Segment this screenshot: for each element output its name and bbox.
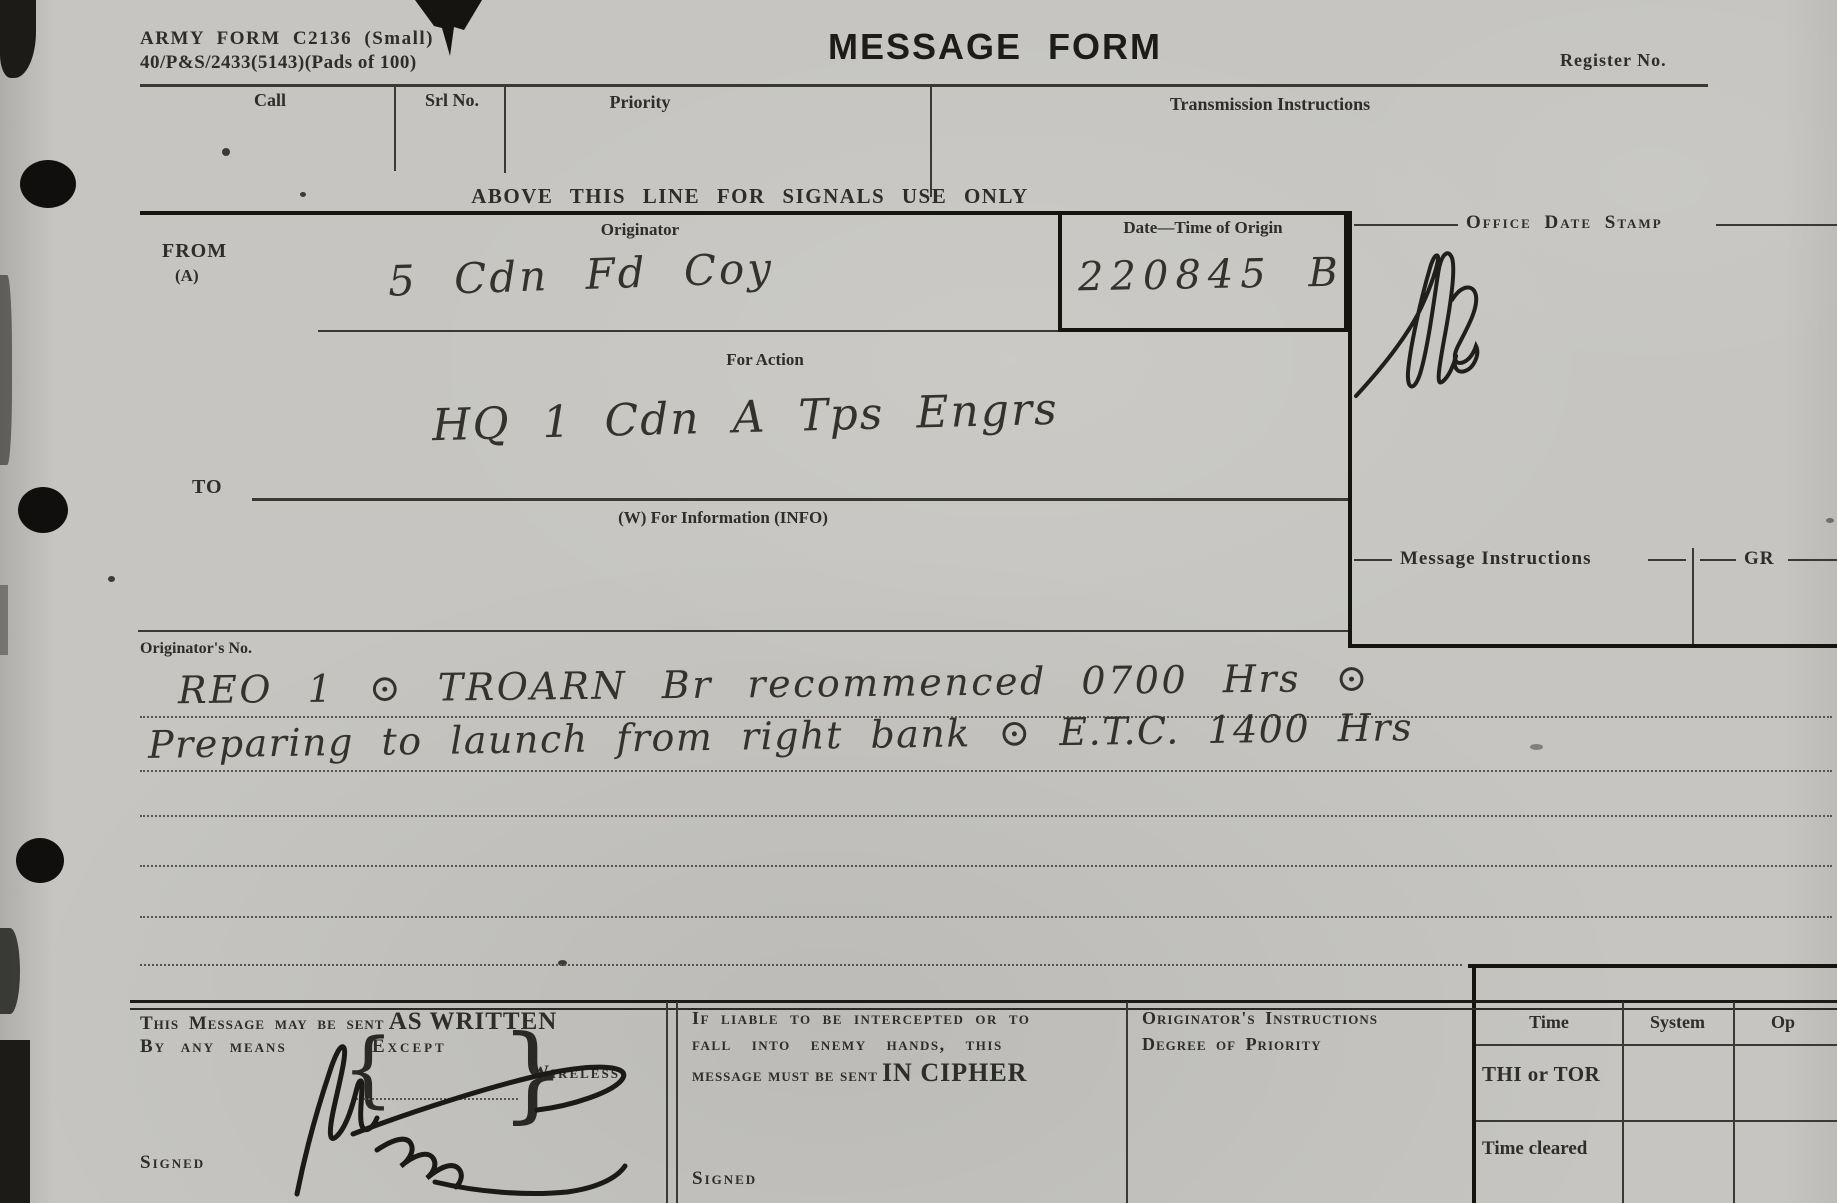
from-sub-label: (A) — [175, 266, 199, 286]
originators-instructions-line2: Degree of Priority — [1142, 1034, 1322, 1055]
scan-edge-bottom-left — [0, 1040, 30, 1203]
message-rule-6 — [140, 964, 1462, 966]
office-date-stamp-label: Office Date Stamp — [1466, 212, 1663, 234]
message-line2-handwriting: Preparing to launch from right bank ⊙ E.… — [148, 705, 1414, 767]
scan-edge-top-left — [0, 0, 36, 78]
srl-divider — [504, 85, 506, 173]
for-action-label: For Action — [565, 350, 965, 370]
originator-value-handwriting: 5 Cdn Fd Coy — [387, 243, 775, 305]
stamp-dash-left — [1354, 224, 1458, 226]
cipher-line2: fall into enemy hands, this — [692, 1034, 1003, 1055]
panel-divider-b — [1126, 1002, 1128, 1203]
originator-rule — [318, 330, 1060, 332]
transmission-instructions-label: Transmission Instructions — [1090, 94, 1450, 115]
message-form-page: ARMY FORM C2136 (Small) 40/P&S/2433(5143… — [0, 0, 1837, 1203]
cipher-line3: message must be sent IN CIPHER — [692, 1058, 1027, 1088]
punch-hole-bottom — [16, 838, 64, 883]
gr-dash-left — [1700, 559, 1736, 561]
table-header-rule — [1476, 1044, 1837, 1046]
signed-label-left: Signed — [140, 1152, 205, 1174]
to-rule — [252, 498, 1348, 501]
message-rule-2 — [140, 770, 1832, 772]
sender-signature — [235, 1022, 685, 1202]
msg-instr-dash-left — [1354, 559, 1392, 561]
call-label: Call — [205, 90, 335, 111]
to-label: TO — [192, 476, 223, 499]
form-number-line1: ARMY FORM C2136 (Small) — [140, 28, 434, 50]
msg-instr-dash-right — [1648, 559, 1686, 561]
message-rule-3 — [140, 815, 1832, 817]
for-action-value-handwriting: HQ 1 Cdn A Tps Engrs — [431, 384, 1059, 451]
form-number-line2: 40/P&S/2433(5143)(Pads of 100) — [140, 52, 417, 74]
right-panel-bottom-rule — [1348, 644, 1837, 648]
message-rule-4 — [140, 865, 1832, 867]
originator-label: Originator — [440, 220, 840, 240]
ink-speck — [300, 192, 306, 197]
ink-speck — [222, 148, 230, 156]
originators-no-rule — [138, 630, 1348, 632]
gr-divider — [1692, 548, 1694, 646]
scan-edge-blob-left — [0, 928, 20, 1014]
cipher-line1: If liable to be intercepted or to — [692, 1008, 1030, 1029]
call-divider — [394, 85, 396, 171]
table-header-system: System — [1622, 1012, 1733, 1033]
cipher-line3-text: message must be sent — [692, 1065, 878, 1085]
scan-edge-low-left — [0, 585, 8, 655]
originators-instructions-line1: Originator's Instructions — [1142, 1008, 1378, 1029]
ink-speck — [1826, 518, 1834, 523]
office-signature — [1352, 244, 1522, 409]
message-rule-5 — [140, 916, 1832, 918]
priority-divider — [930, 85, 932, 197]
bottom-section-rule-a — [130, 1000, 1837, 1003]
scan-edge-mid-left — [0, 275, 12, 465]
gr-dash-right — [1788, 559, 1837, 561]
table-header-op: Op — [1733, 1012, 1833, 1033]
originators-no-label: Originator's No. — [140, 640, 252, 658]
signals-table-top-rule — [1468, 964, 1837, 968]
from-label: FROM — [162, 240, 227, 263]
stamp-dash-right — [1716, 224, 1837, 226]
above-line-notice: ABOVE THIS LINE FOR SIGNALS USE ONLY — [370, 184, 1130, 209]
date-time-label: Date—Time of Origin — [1062, 218, 1344, 238]
message-instructions-label: Message Instructions — [1400, 548, 1592, 570]
punch-hole-middle — [18, 487, 68, 533]
priority-label: Priority — [555, 92, 725, 113]
register-no-label: Register No. — [1560, 50, 1667, 71]
ink-speck — [108, 576, 115, 582]
table-row1-label: THI or TOR — [1482, 1062, 1600, 1087]
srl-no-label: Srl No. — [400, 90, 504, 111]
gr-label: GR — [1744, 548, 1775, 570]
date-time-value-handwriting: 220845 B — [1078, 250, 1346, 301]
table-row2-label: Time cleared — [1482, 1138, 1587, 1160]
table-header-time: Time — [1476, 1012, 1622, 1033]
for-information-label: (W) For Information (INFO) — [523, 508, 923, 528]
punch-hole-top — [20, 160, 76, 208]
table-row1-rule — [1476, 1120, 1837, 1122]
signed-label-middle: Signed — [692, 1168, 757, 1190]
top-rule — [140, 84, 1708, 87]
ink-speck — [1530, 744, 1543, 750]
message-line1-handwriting: REO 1 ⊙ TROARN Br recommenced 0700 Hrs ⊙ — [178, 656, 1370, 712]
cipher-emphasis: IN CIPHER — [882, 1058, 1028, 1087]
page-title: MESSAGE FORM — [800, 26, 1190, 68]
